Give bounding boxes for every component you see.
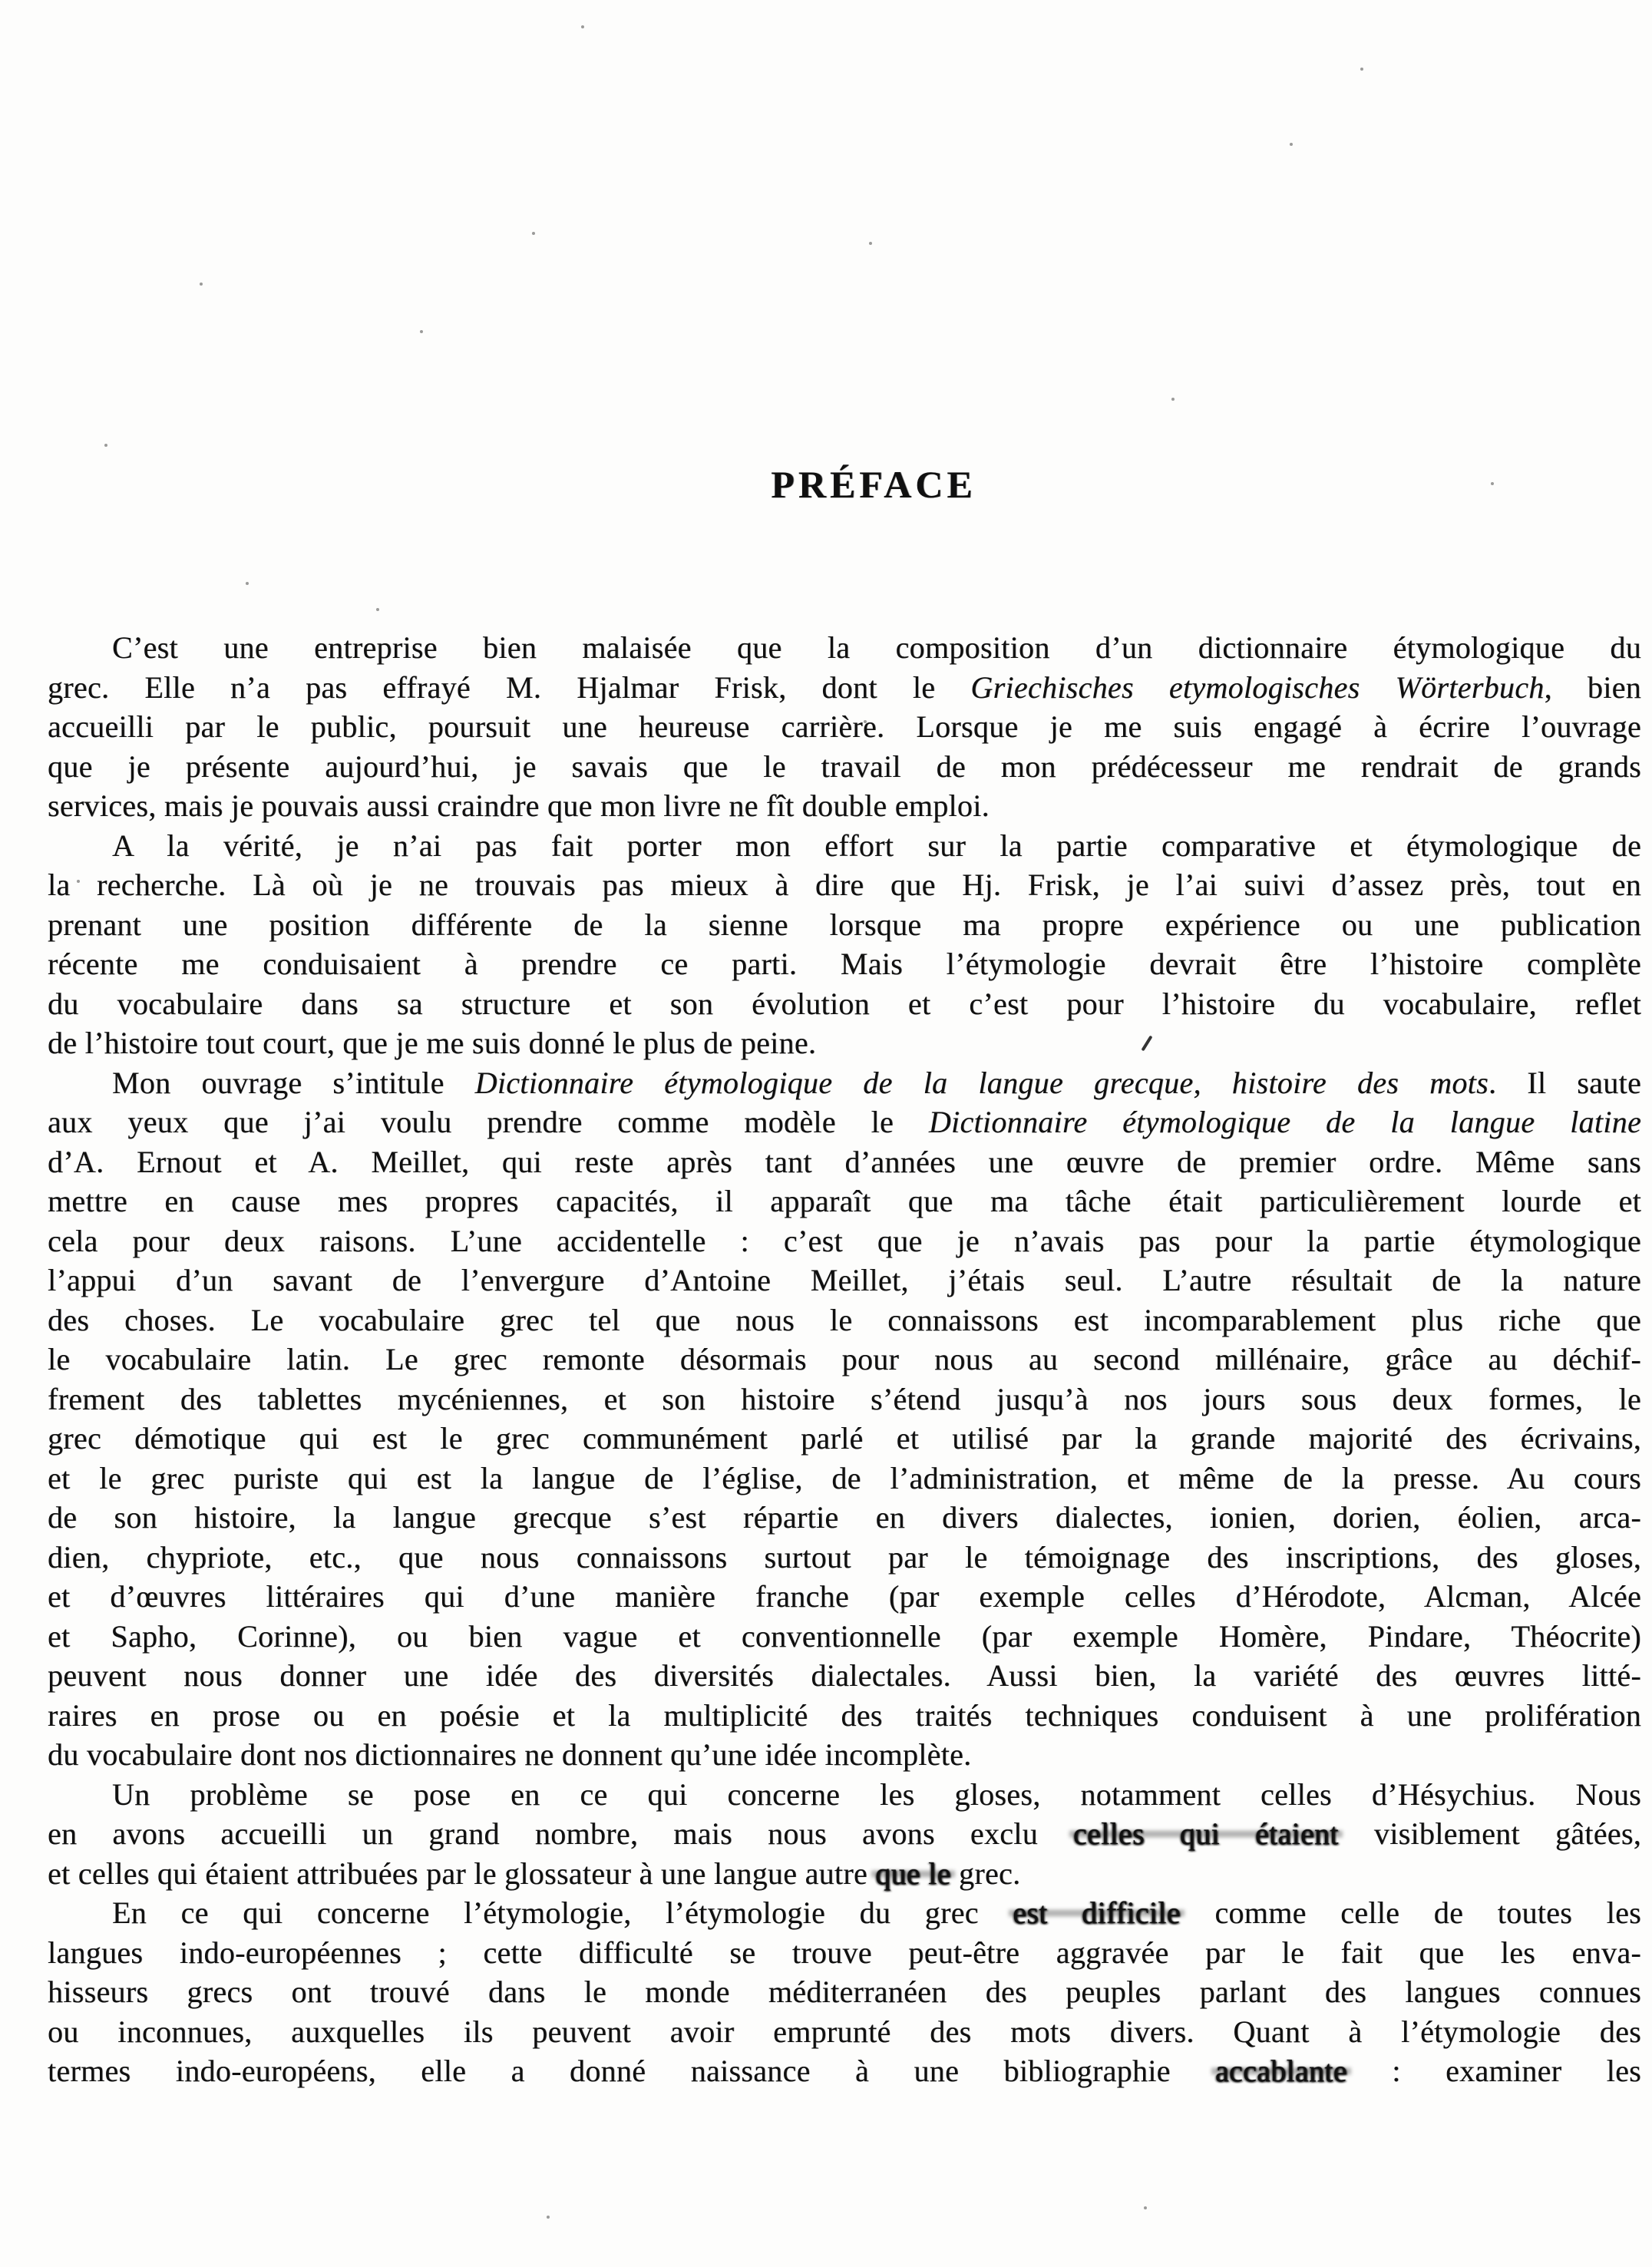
paper-speck xyxy=(200,283,203,286)
preface-text-block: C’est une entreprise bien malaisée que l… xyxy=(48,628,1641,2091)
text-line: que je présente aujourd’hui, je savais q… xyxy=(48,747,1641,787)
paper-speck xyxy=(869,242,872,245)
text-line: Mon ouvrage s’intitule Dictionnaire étym… xyxy=(48,1063,1641,1103)
text-run: de son histoire, la langue grecque s’est… xyxy=(48,1500,1641,1535)
text-run: comme celle de toutes les xyxy=(1181,1895,1641,1930)
text-line: récente me conduisaient à prendre ce par… xyxy=(48,944,1641,984)
text-line: de son histoire, la langue grecque s’est… xyxy=(48,1498,1641,1538)
paper-speck xyxy=(77,880,80,883)
text-line: du vocabulaire dans sa structure et son … xyxy=(48,984,1641,1024)
text-line: frement des tablettes mycéniennes, et so… xyxy=(48,1380,1641,1419)
text-run: et celles qui étaient attribuées par le … xyxy=(48,1856,875,1891)
text-run: peuvent nous donner une idée des diversi… xyxy=(48,1658,1641,1693)
paper-speck xyxy=(420,330,423,333)
text-run: raires en prose ou en poésie et la multi… xyxy=(48,1698,1641,1733)
paper-speck xyxy=(1290,143,1293,146)
text-run: récente me conduisaient à prendre ce par… xyxy=(48,947,1641,981)
text-run: en avons accueilli un grand nombre, mais… xyxy=(48,1816,1073,1851)
smudged-text-run: accablante xyxy=(1215,2054,1347,2088)
text-line: de l’histoire tout court, que je me suis… xyxy=(48,1023,1641,1063)
text-run: le vocabulaire latin. Le grec remonte dé… xyxy=(48,1342,1641,1376)
text-line: Un problème se pose en ce qui concerne l… xyxy=(48,1775,1641,1815)
text-run: services, mais je pouvais aussi craindre… xyxy=(48,788,990,823)
text-run: Mon ouvrage s’intitule xyxy=(112,1066,475,1100)
text-run: des choses. Le vocabulaire grec tel que … xyxy=(48,1303,1641,1337)
text-run: . Il saute xyxy=(1488,1066,1641,1100)
text-line: termes indo-européens, elle a donné nais… xyxy=(48,2051,1641,2091)
text-line: ou inconnues, auxquelles ils peuvent avo… xyxy=(48,2012,1641,2052)
text-line: aux yeux que j’ai voulu prendre comme mo… xyxy=(48,1102,1641,1142)
paper-speck xyxy=(1621,723,1624,726)
paper-speck xyxy=(1491,482,1494,485)
text-line: hisseurs grecs ont trouvé dans le monde … xyxy=(48,1972,1641,2012)
smudged-text-run: celles qui étaient xyxy=(1073,1816,1339,1851)
text-line: C’est une entreprise bien malaisée que l… xyxy=(48,628,1641,668)
text-line: en avons accueilli un grand nombre, mais… xyxy=(48,1814,1641,1854)
text-run: du vocabulaire dans sa structure et son … xyxy=(48,986,1641,1021)
work-title-italic: Dictionnaire étymologique de la langue l… xyxy=(929,1105,1641,1139)
text-line: cela pour deux raisons. L’une accidentel… xyxy=(48,1221,1641,1261)
paper-speck xyxy=(1171,398,1175,401)
text-run: : examiner les xyxy=(1347,2054,1641,2088)
text-run: grec. xyxy=(951,1856,1021,1891)
text-line: En ce qui concerne l’étymologie, l’étymo… xyxy=(48,1893,1641,1933)
text-line: langues indo-européennes ; cette difficu… xyxy=(48,1933,1641,1973)
paper-speck xyxy=(1360,68,1363,71)
text-run: termes indo-européens, elle a donné nais… xyxy=(48,2054,1215,2088)
text-run: En ce qui concerne l’étymologie, l’étymo… xyxy=(112,1895,1013,1930)
text-line: raires en prose ou en poésie et la multi… xyxy=(48,1696,1641,1736)
text-line: dien, chypriote, etc., que nous connaiss… xyxy=(48,1538,1641,1578)
text-line: peuvent nous donner une idée des diversi… xyxy=(48,1656,1641,1696)
text-run: ou inconnues, auxquelles ils peuvent avo… xyxy=(48,2014,1641,2049)
text-line: d’A. Ernout et A. Meillet, qui reste apr… xyxy=(48,1142,1641,1182)
text-run: dien, chypriote, etc., que nous connaiss… xyxy=(48,1540,1641,1575)
text-run: de l’histoire tout court, que je me suis… xyxy=(48,1026,816,1060)
text-run: grec. Elle n’a pas effrayé M. Hjalmar Fr… xyxy=(48,670,970,705)
text-line: grec. Elle n’a pas effrayé M. Hjalmar Fr… xyxy=(48,668,1641,708)
text-run: et d’œuvres littéraires qui d’une manièr… xyxy=(48,1579,1641,1614)
text-line: la recherche. Là où je ne trouvais pas m… xyxy=(48,865,1641,905)
text-line: et le grec puriste qui est la langue de … xyxy=(48,1459,1641,1499)
text-line: l’appui d’un savant de l’envergure d’Ant… xyxy=(48,1261,1641,1300)
text-line: mettre en cause mes propres capacités, i… xyxy=(48,1181,1641,1221)
text-run: C’est une entreprise bien malaisée que l… xyxy=(112,630,1641,665)
text-run: cela pour deux raisons. L’une accidentel… xyxy=(48,1224,1641,1258)
text-run: , bien xyxy=(1545,670,1641,705)
paper-speck xyxy=(547,2216,550,2219)
text-run: frement des tablettes mycéniennes, et so… xyxy=(48,1382,1641,1416)
text-run: hisseurs grecs ont trouvé dans le monde … xyxy=(48,1975,1641,2009)
text-line: grec démotique qui est le grec communéme… xyxy=(48,1419,1641,1459)
text-run: accueilli par le public, poursuit une he… xyxy=(48,709,1641,744)
text-run: d’A. Ernout et A. Meillet, qui reste apr… xyxy=(48,1145,1641,1179)
smudged-text-run: est difficile xyxy=(1013,1895,1180,1930)
page-title: PRÉFACE xyxy=(0,465,1652,504)
text-line: accueilli par le public, poursuit une he… xyxy=(48,707,1641,747)
smudged-text-run: que le xyxy=(875,1856,950,1891)
text-run: aux yeux que j’ai voulu prendre comme mo… xyxy=(48,1105,929,1139)
text-run: visiblement gâtées, xyxy=(1339,1816,1641,1851)
text-line: et d’œuvres littéraires qui d’une manièr… xyxy=(48,1577,1641,1617)
text-line: du vocabulaire dont nos dictionnaires ne… xyxy=(48,1735,1641,1775)
book-page: PRÉFACE C’est une entreprise bien malais… xyxy=(0,0,1652,2267)
text-run: A la vérité, je n’ai pas fait porter mon… xyxy=(112,828,1641,863)
text-run: et le grec puriste qui est la langue de … xyxy=(48,1461,1641,1495)
text-run: l’appui d’un savant de l’envergure d’Ant… xyxy=(48,1263,1641,1297)
text-line: des choses. Le vocabulaire grec tel que … xyxy=(48,1300,1641,1340)
text-run: mettre en cause mes propres capacités, i… xyxy=(48,1184,1641,1218)
paper-speck xyxy=(246,582,249,585)
text-run: Un problème se pose en ce qui concerne l… xyxy=(112,1777,1641,1812)
text-line: et Sapho, Corinne), ou bien vague et con… xyxy=(48,1617,1641,1657)
paper-speck xyxy=(864,720,867,723)
text-run: et Sapho, Corinne), ou bien vague et con… xyxy=(48,1619,1641,1654)
text-run: prenant une position différente de la si… xyxy=(48,907,1641,942)
paper-speck xyxy=(376,608,379,611)
paper-speck xyxy=(104,444,107,447)
text-run: la recherche. Là où je ne trouvais pas m… xyxy=(48,867,1641,902)
text-run: que je présente aujourd’hui, je savais q… xyxy=(48,749,1641,784)
text-line: le vocabulaire latin. Le grec remonte dé… xyxy=(48,1340,1641,1380)
text-line: prenant une position différente de la si… xyxy=(48,905,1641,945)
text-run: grec démotique qui est le grec communéme… xyxy=(48,1421,1641,1456)
text-line: services, mais je pouvais aussi craindre… xyxy=(48,786,1641,826)
text-line: A la vérité, je n’ai pas fait porter mon… xyxy=(48,826,1641,866)
text-line: et celles qui étaient attribuées par le … xyxy=(48,1854,1641,1894)
paper-speck xyxy=(581,25,584,28)
work-title-italic: Dictionnaire étymologique de la langue g… xyxy=(475,1066,1488,1100)
text-run: langues indo-européennes ; cette difficu… xyxy=(48,1935,1641,1970)
paper-speck xyxy=(1144,2206,1147,2209)
work-title-italic: Griechisches etymologisches Wörterbuch xyxy=(970,670,1544,705)
paper-speck xyxy=(532,232,535,235)
text-run: du vocabulaire dont nos dictionnaires ne… xyxy=(48,1737,971,1772)
